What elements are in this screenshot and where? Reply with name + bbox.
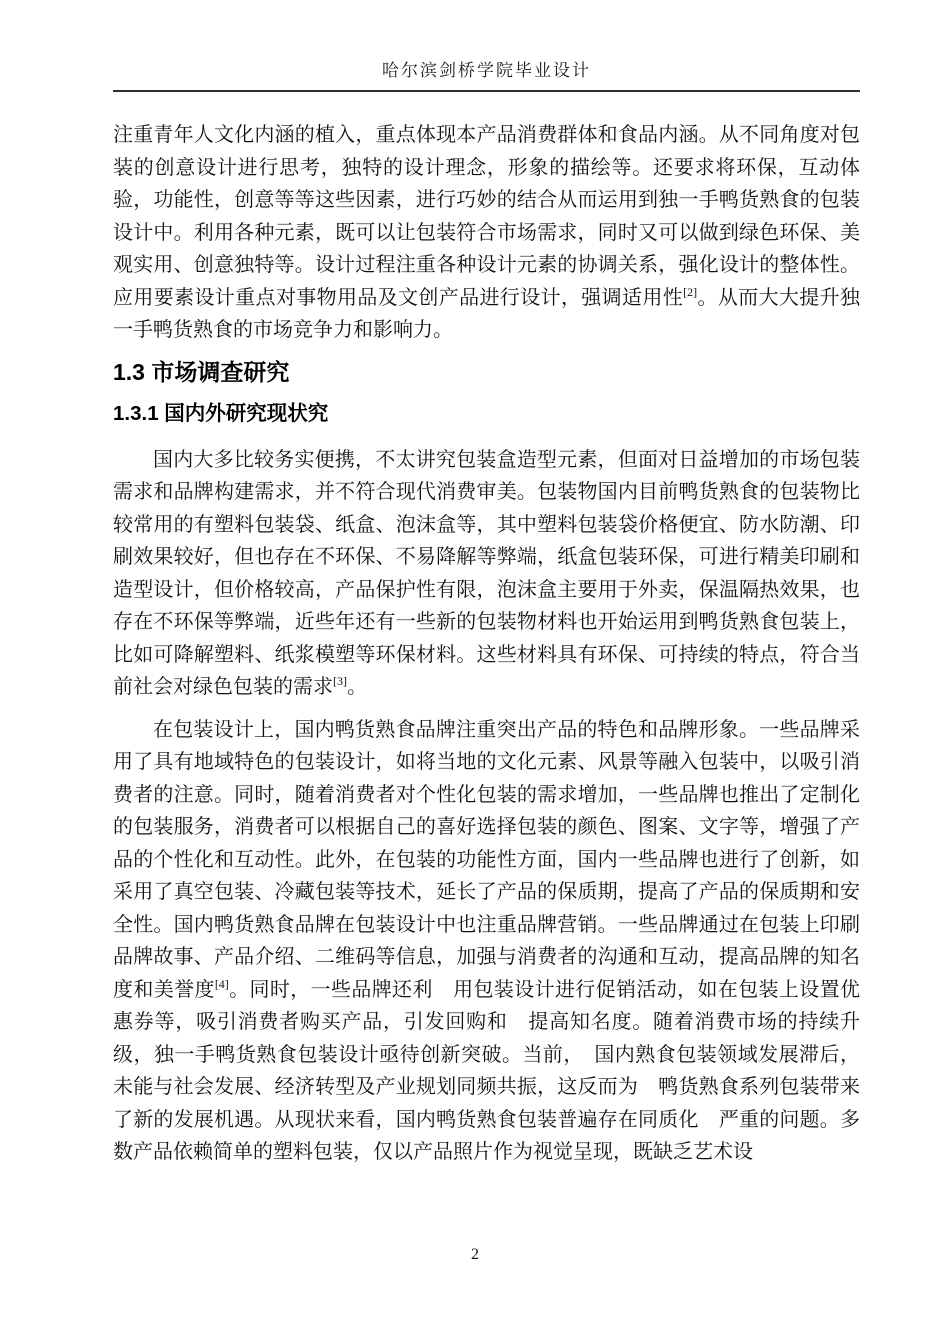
paragraph-text: 国内大多比较务实便携，不太讲究包装盒造型元素，但面对日益增加的市场包装需求和品牌… bbox=[113, 449, 860, 699]
subsection-heading-1-3-1: 1.3.1 国内外研究现状究 bbox=[113, 400, 860, 428]
paragraph-text: 注重青年人文化内涵的植入，重点体现本产品消费群体和食品内涵。从不同角度对包装的创… bbox=[113, 124, 860, 309]
document-page: 哈尔滨剑桥学院毕业设计 注重青年人文化内涵的植入，重点体现本产品消费群体和食品内… bbox=[0, 0, 950, 1344]
body-paragraph-3: 在包装设计上，国内鸭货熟食品牌注重突出产品的特色和品牌形象。一些品牌采用了具有地… bbox=[113, 714, 860, 1169]
footnote-ref-3: [3] bbox=[333, 674, 347, 688]
header-rule bbox=[113, 90, 860, 92]
running-header-title: 哈尔滨剑桥学院毕业设计 bbox=[113, 60, 860, 82]
paragraph-text: 在包装设计上，国内鸭货熟食品牌注重突出产品的特色和品牌形象。一些品牌采用了具有地… bbox=[113, 719, 860, 1001]
body-paragraph-2: 国内大多比较务实便携，不太讲究包装盒造型元素，但面对日益增加的市场包装需求和品牌… bbox=[113, 444, 860, 704]
page-header: 哈尔滨剑桥学院毕业设计 bbox=[113, 0, 860, 82]
page-body: 注重青年人文化内涵的植入，重点体现本产品消费群体和食品内涵。从不同角度对包装的创… bbox=[113, 119, 860, 1169]
paragraph-text: 。 bbox=[347, 676, 367, 698]
footnote-ref-4: [4] bbox=[215, 977, 229, 991]
page-number: 2 bbox=[471, 1246, 479, 1263]
page-footer: 2 bbox=[0, 1246, 950, 1264]
footnote-ref-2: [2] bbox=[683, 285, 697, 299]
body-paragraph-1: 注重青年人文化内涵的植入，重点体现本产品消费群体和食品内涵。从不同角度对包装的创… bbox=[113, 119, 860, 347]
paragraph-text: 。同时，一些品牌还利 用包装设计进行促销活动，如在包装上设置优惠券等，吸引消费者… bbox=[113, 979, 860, 1164]
section-heading-1-3: 1.3 市场调查研究 bbox=[113, 357, 860, 387]
